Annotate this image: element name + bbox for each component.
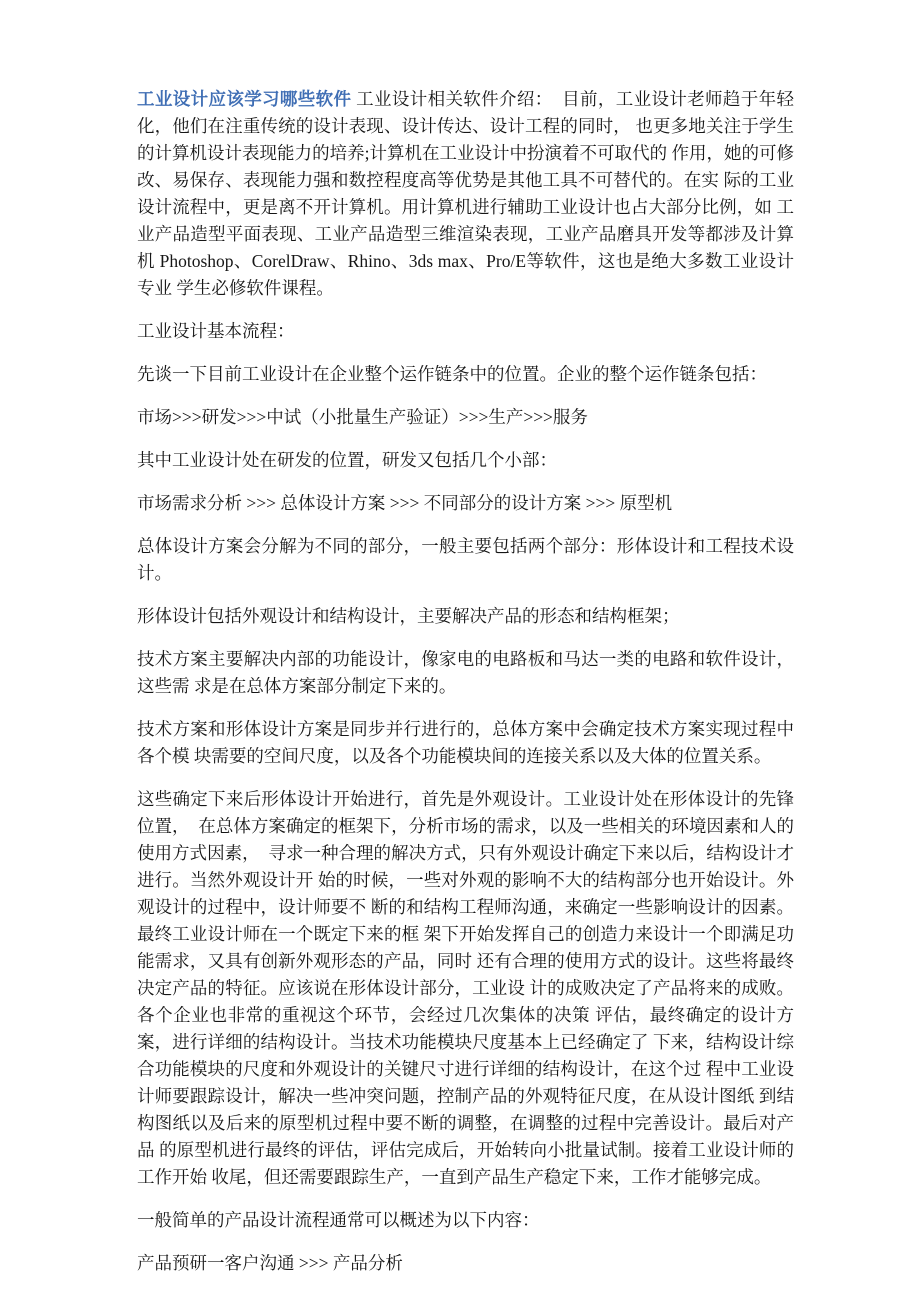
flow-line-simple-process: 产品预研一客户沟通 >>> 产品分析 bbox=[137, 1250, 794, 1277]
paragraph-technical-plan: 技术方案主要解决内部的功能设计，像家电的电路板和马达一类的电路和软件设计，这些需… bbox=[137, 646, 794, 700]
paragraph-chain-intro: 先谈一下目前工业设计在企业整个运作链条中的位置。企业的整个运作链条包括： bbox=[137, 361, 794, 388]
document-page: 工业设计应该学习哪些软件 工业设计相关软件介绍： 目前，工业设计老师趋于年轻化，… bbox=[137, 86, 794, 1293]
flow-line-rd-subparts: 市场需求分析 >>> 总体设计方案 >>> 不同部分的设计方案 >>> 原型机 bbox=[137, 490, 794, 517]
paragraph-rd-position: 其中工业设计处在研发的位置，研发又包括几个小部： bbox=[137, 447, 794, 474]
lead-paragraph: 工业设计应该学习哪些软件 工业设计相关软件介绍： 目前，工业设计老师趋于年轻化，… bbox=[137, 86, 794, 302]
paragraph-basic-process-heading: 工业设计基本流程： bbox=[137, 318, 794, 345]
paragraph-design-process-detail: 这些确定下来后形体设计开始进行，首先是外观设计。工业设计处在形体设计的先锋位置，… bbox=[137, 786, 794, 1191]
document-title: 工业设计应该学习哪些软件 bbox=[137, 89, 351, 109]
flow-line-enterprise-chain: 市场>>>研发>>>中试（小批量生产验证）>>>生产>>>服务 bbox=[137, 404, 794, 431]
paragraph-form-design: 形体设计包括外观设计和结构设计，主要解决产品的形态和结构框架； bbox=[137, 603, 794, 630]
paragraph-parallel-design: 技术方案和形体设计方案是同步并行进行的，总体方案中会确定技术方案实现过程中各个模… bbox=[137, 716, 794, 770]
paragraph-simple-flow-intro: 一般简单的产品设计流程通常可以概述为以下内容： bbox=[137, 1207, 794, 1234]
lead-paragraph-text: 工业设计相关软件介绍： 目前，工业设计老师趋于年轻化，他们在注重传统的设计表现、… bbox=[137, 89, 794, 298]
paragraph-overall-plan-split: 总体设计方案会分解为不同的部分，一般主要包括两个部分：形体设计和工程技术设计。 bbox=[137, 533, 794, 587]
